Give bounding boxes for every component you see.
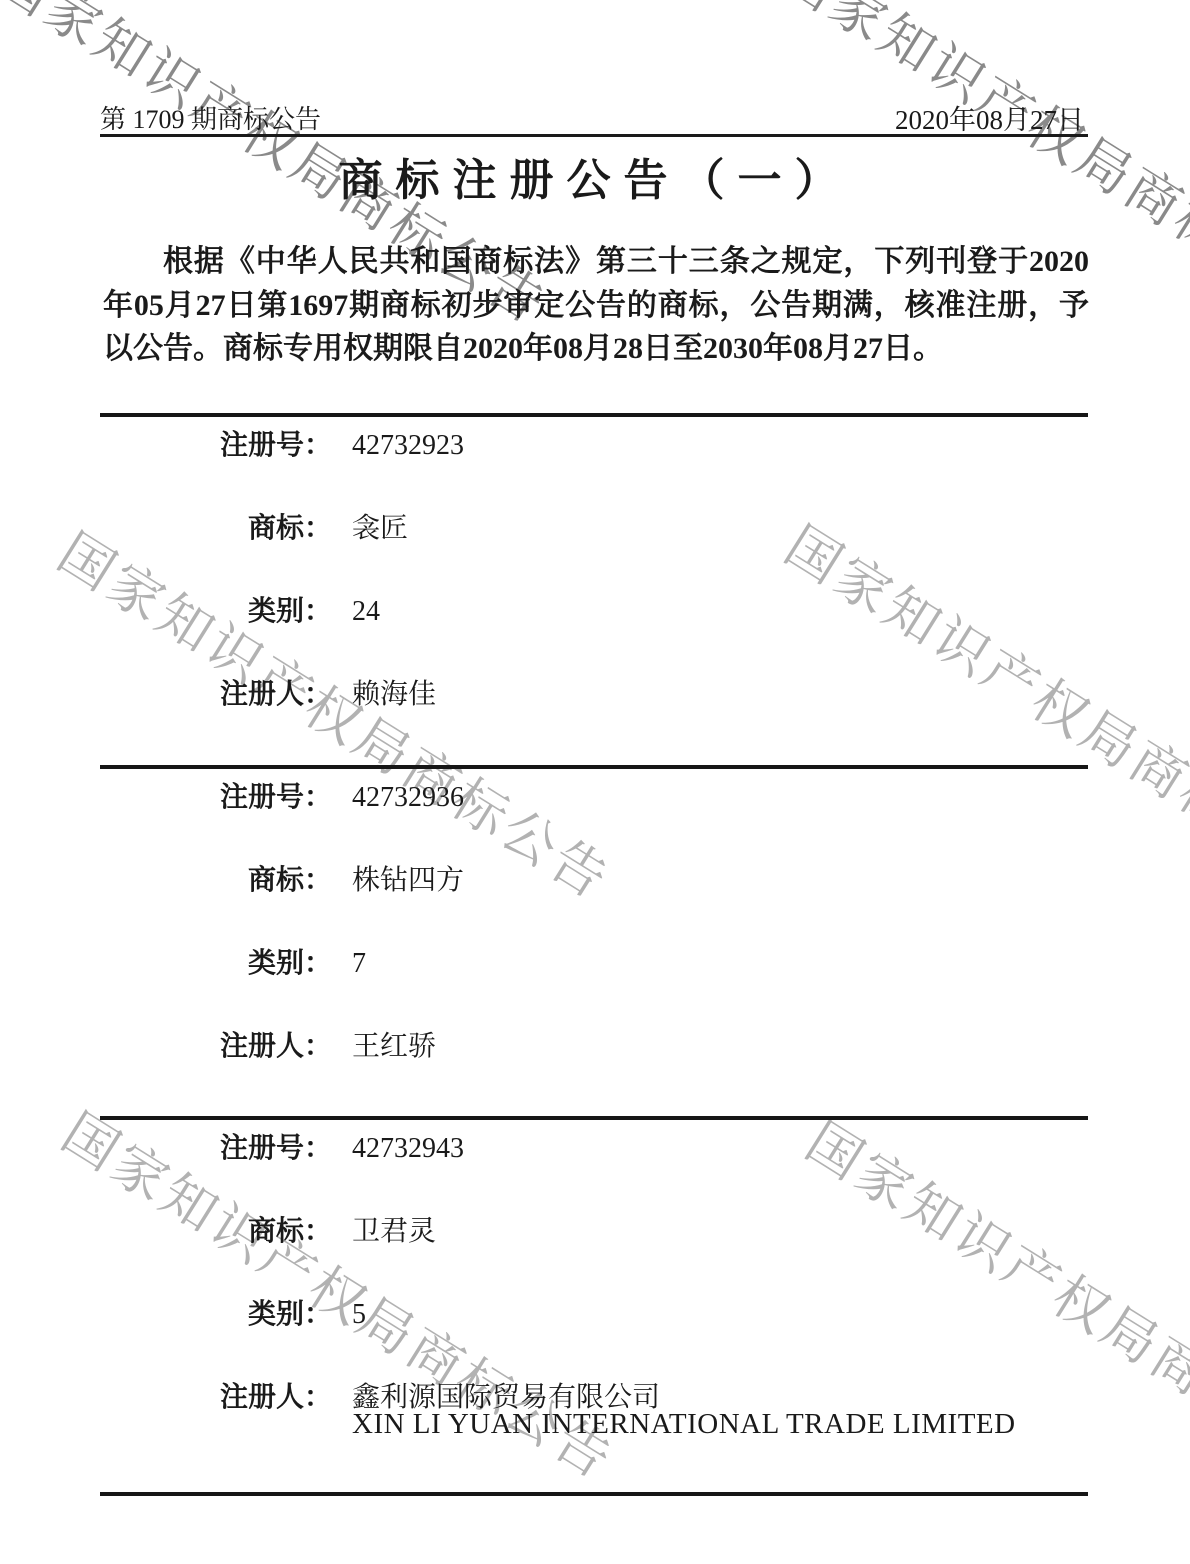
trademark-value: 卫君灵: [352, 1216, 436, 1248]
reg-no-label: 注册号：: [100, 1133, 332, 1165]
trademark-label: 商标：: [100, 513, 332, 545]
registrant-label: 注册人：: [100, 1382, 332, 1414]
bottom-rule: [100, 1492, 1088, 1496]
watermark-bottom-right: 国家知识产权局商标公告: [797, 1114, 1190, 1498]
watermark-mid-left: 国家知识产权局商标公告: [49, 525, 619, 909]
header-rule: [100, 134, 1088, 137]
reg-no-label: 注册号：: [100, 430, 332, 462]
entry-separator: [100, 413, 1088, 417]
entry-separator: [100, 765, 1088, 769]
trademark-label: 商标：: [100, 865, 332, 897]
reg-no-label: 注册号：: [100, 782, 332, 814]
class-label: 类别：: [100, 948, 332, 980]
reg-no-value: 42732923: [352, 430, 464, 462]
registrant-value: 王红骄: [352, 1031, 436, 1063]
header-date: 2020年08月27日: [895, 98, 1084, 137]
class-value: 5: [352, 1299, 366, 1331]
registrant-en-value: XIN LI YUAN INTERNATIONAL TRADE LIMITED: [352, 1408, 1016, 1440]
class-value: 7: [352, 948, 366, 980]
entry-separator: [100, 1116, 1088, 1120]
registrant-value: 赖海佳: [352, 679, 436, 711]
registrant-label: 注册人：: [100, 1031, 332, 1063]
page-title: 商标注册公告（一）: [0, 144, 1190, 208]
trademark-label: 商标：: [100, 1216, 332, 1248]
reg-no-value: 42732936: [352, 782, 464, 814]
registrant-label: 注册人：: [100, 679, 332, 711]
watermark-mid-right: 国家知识产权局商标公告: [776, 518, 1190, 902]
header-issue-label: 第 1709 期商标公告: [100, 99, 321, 136]
trademark-value: 株钻四方: [352, 865, 464, 897]
gazette-page: 国家知识产权局商标公告 国家知识产权局商标公告 国家知识产权局商标公告 国家知识…: [0, 0, 1190, 1564]
intro-paragraph: 根据《中华人民共和国商标法》第三十三条之规定，下列刊登于2020年05月27日第…: [103, 240, 1089, 371]
reg-no-value: 42732943: [352, 1133, 464, 1165]
class-label: 类别：: [100, 1299, 332, 1331]
class-label: 类别：: [100, 596, 332, 628]
trademark-value: 衾匠: [352, 513, 408, 545]
class-value: 24: [352, 596, 380, 628]
